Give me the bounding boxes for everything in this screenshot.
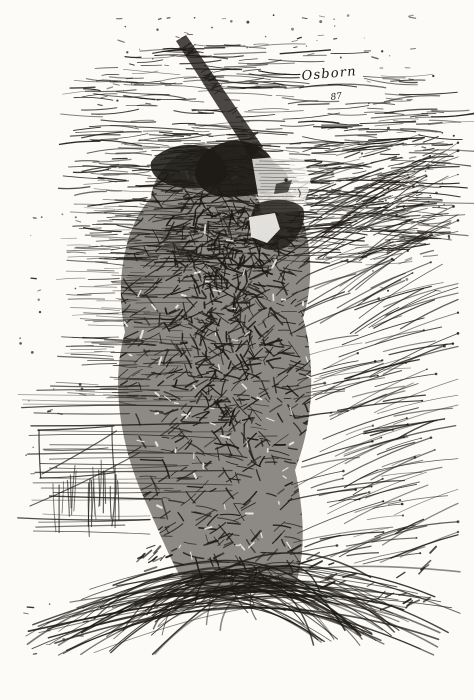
etching-illustration: Osborn 87 <box>0 0 474 700</box>
signature-year: 87 <box>330 91 343 103</box>
etching-page: Osborn 87 <box>0 0 474 700</box>
eye-mark <box>284 178 287 181</box>
